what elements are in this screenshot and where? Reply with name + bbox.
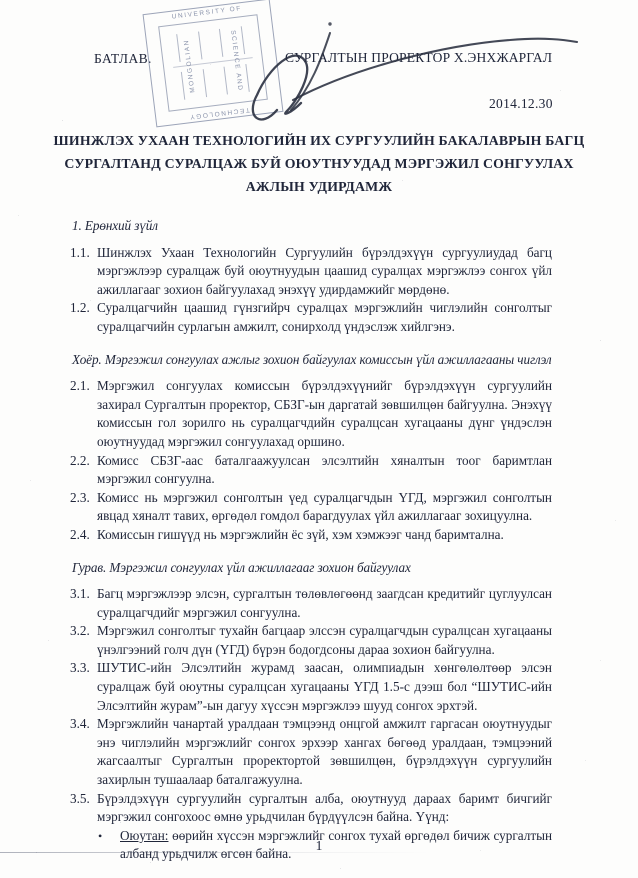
- item-number: 3.2.: [70, 622, 97, 659]
- approval-label: БАТЛАВ.: [94, 51, 152, 67]
- item-text: Мэргэжил сонголтыг тухайн багцаар элссэн…: [97, 622, 552, 659]
- item-number: 1.1.: [70, 244, 97, 300]
- item-text: Суралцагчийн цаашид гүнзгийрч суралцах м…: [97, 299, 552, 336]
- item-number: 3.5.: [70, 790, 97, 827]
- title-line-3: АЖЛЫН УДИРДАМЖ: [30, 175, 608, 198]
- doc-item: 3.3. ШУТИС-ийн Элсэлтийн журамд заасан, …: [70, 659, 552, 715]
- item-text: Бүрэлдэхүүн сургуулийн сургалтын алба, о…: [97, 790, 552, 827]
- item-number: 3.3.: [70, 659, 97, 715]
- item-number: 3.1.: [70, 585, 97, 622]
- item-number: 3.4.: [70, 715, 97, 789]
- item-number: 2.1.: [70, 377, 97, 451]
- item-text: Комиссын гишүүд нь мэргэжлийн ёс зүй, хэ…: [97, 526, 552, 545]
- doc-item: 2.2. Комисс СБЗГ-аас баталгаажуулсан элс…: [70, 452, 552, 489]
- doc-item: 2.3. Комисс нь мэргэжил сонголтын үед су…: [70, 489, 552, 526]
- item-text: Комисс нь мэргэжил сонголтын үед суралца…: [97, 489, 552, 526]
- item-number: 2.4.: [70, 526, 97, 545]
- item-text: Комисс СБЗГ-аас баталгаажуулсан элсэлтий…: [97, 452, 552, 489]
- doc-item: 3.5. Бүрэлдэхүүн сургуулийн сургалтын ал…: [70, 790, 552, 827]
- doc-item: 2.4. Комиссын гишүүд нь мэргэжлийн ёс зү…: [70, 526, 552, 545]
- item-number: 1.2.: [70, 299, 97, 336]
- doc-item: 3.2. Мэргэжил сонголтыг тухайн багцаар э…: [70, 622, 552, 659]
- item-text: Мэргэжлийн чанартай уралдаан тэмцээнд он…: [97, 715, 552, 789]
- page-number: 1: [0, 838, 638, 854]
- item-number: 2.3.: [70, 489, 97, 526]
- signature-icon: [235, 15, 580, 127]
- item-number: 2.2.: [70, 452, 97, 489]
- doc-item: 1.1. Шинжлэх Ухаан Технологийн Сургуулий…: [70, 244, 552, 300]
- section-2-heading: Хоёр. Мэргэжил сонгуулах ажлыг зохион ба…: [72, 351, 552, 370]
- doc-item: 2.1. Мэргэжил сонгуулах комиссын бүрэлдэ…: [70, 377, 552, 451]
- section-1-heading: 1. Ерөнхий зүйл: [72, 217, 552, 236]
- title-line-2: СУРГАЛТАНД СУРАЛЦАЖ БУЙ ОЮУТНУУДАД МЭРГЭ…: [30, 152, 608, 175]
- document-title: ШИНЖЛЭХ УХААН ТЕХНОЛОГИЙН ИХ СУРГУУЛИЙН …: [30, 129, 608, 198]
- doc-item: 3.1. Багц мэргэжлээр элсэн, сургалтын тө…: [70, 585, 552, 622]
- doc-item: 1.2. Суралцагчийн цаашид гүнзгийрч сурал…: [70, 299, 552, 336]
- scan-noise: [0, 0, 1, 1]
- item-text: Шинжлэх Ухаан Технологийн Сургуулийн бүр…: [97, 244, 552, 300]
- section-3: Гурав. Мэргэжил сонгуулах үйл ажиллагааг…: [70, 559, 552, 865]
- section-2: Хоёр. Мэргэжил сонгуулах ажлыг зохион ба…: [70, 351, 552, 545]
- item-text: Багц мэргэжлээр элсэн, сургалтын төлөвлө…: [97, 585, 552, 622]
- item-text: Мэргэжил сонгуулах комиссын бүрэлдэхүүни…: [97, 377, 552, 451]
- section-1: 1. Ерөнхий зүйл 1.1. Шинжлэх Ухаан Техно…: [70, 217, 552, 337]
- section-3-heading: Гурав. Мэргэжил сонгуулах үйл ажиллагааг…: [72, 559, 552, 578]
- title-line-1: ШИНЖЛЭХ УХААН ТЕХНОЛОГИЙН ИХ СУРГУУЛИЙН …: [30, 129, 608, 152]
- document-body: 1. Ерөнхий зүйл 1.1. Шинжлэх Ухаан Техно…: [70, 217, 552, 864]
- doc-item: 3.4. Мэргэжлийн чанартай уралдаан тэмцээ…: [70, 715, 552, 789]
- item-text: ШУТИС-ийн Элсэлтийн журамд заасан, олимп…: [97, 659, 552, 715]
